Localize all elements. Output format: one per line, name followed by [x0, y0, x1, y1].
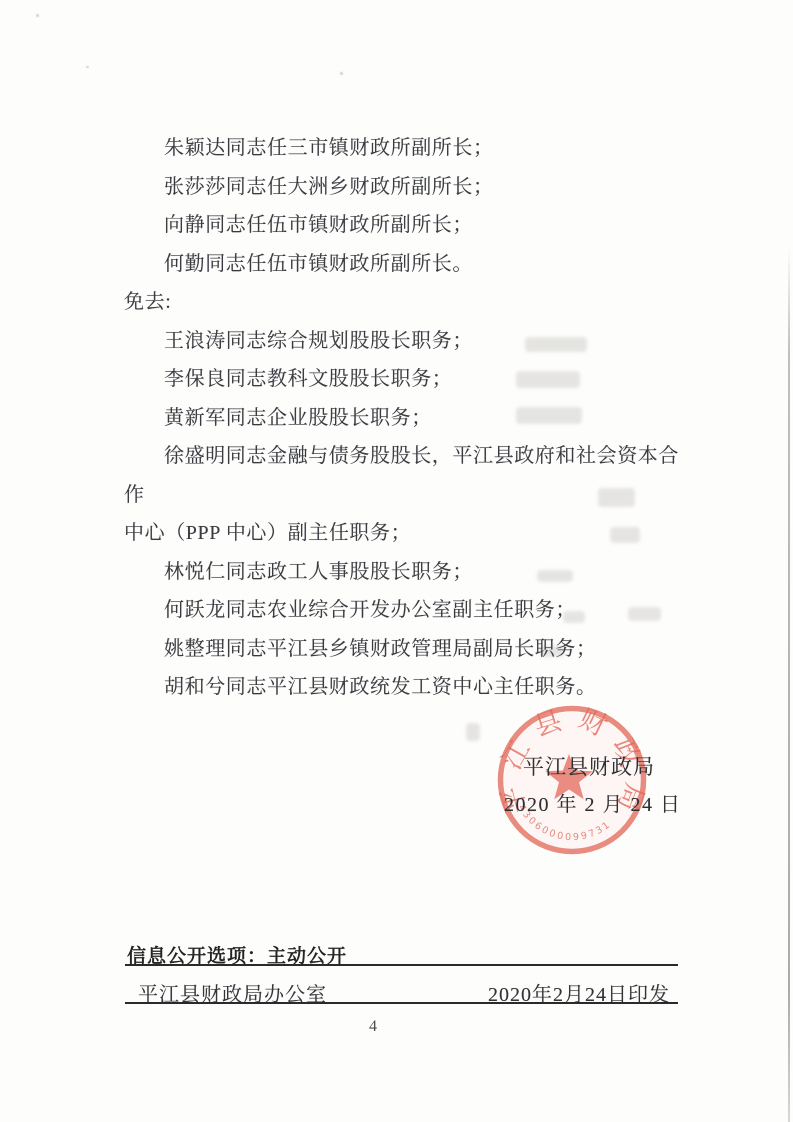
scan-speck [340, 72, 343, 75]
scan-speck [86, 66, 89, 68]
document-line: 何勤同志任伍市镇财政所副所长。 [124, 245, 690, 284]
document-line: 黄新军同志企业股股长职务； [124, 399, 690, 438]
document-line: 王浪涛同志综合规划股股长职务； [124, 322, 690, 361]
document-line: 张莎莎同志任大洲乡财政所副所长； [124, 168, 690, 207]
document-page: 朱颖达同志任三市镇财政所副所长；张莎莎同志任大洲乡财政所副所长；向静同志任伍市镇… [0, 0, 793, 1122]
document-line: 向静同志任伍市镇财政所副所长； [124, 206, 690, 245]
footer-rule-bottom [125, 1002, 678, 1004]
document-line: 免去: [124, 283, 690, 322]
document-line: 何跃龙同志农业综合开发办公室副主任职务； [124, 591, 690, 630]
document-line: 李保良同志教科文股股长职务； [124, 360, 690, 399]
document-line: 徐盛明同志金融与债务股股长，平江县政府和社会资本合作 [124, 437, 690, 514]
document-line: 姚整理同志平江县乡镇财政管理局副局长职务； [124, 630, 690, 669]
footer-rule-top [125, 964, 678, 966]
bleedthrough-mark [466, 723, 480, 741]
scan-speck [36, 14, 39, 17]
document-body: 朱颖达同志任三市镇财政所副所长；张莎莎同志任大洲乡财政所副所长；向静同志任伍市镇… [124, 129, 690, 707]
document-line: 朱颖达同志任三市镇财政所副所长； [124, 129, 690, 168]
document-line: 林悦仁同志政工人事股股长职务； [124, 553, 690, 592]
page-number: 4 [369, 1018, 377, 1036]
scan-edge-line [788, 248, 790, 1122]
document-line: 中心（PPP 中心）副主任职务； [124, 514, 690, 553]
signature-date: 2020 年 2 月 24 日 [504, 788, 682, 817]
signature-org: 平江县财政局 [523, 751, 655, 781]
